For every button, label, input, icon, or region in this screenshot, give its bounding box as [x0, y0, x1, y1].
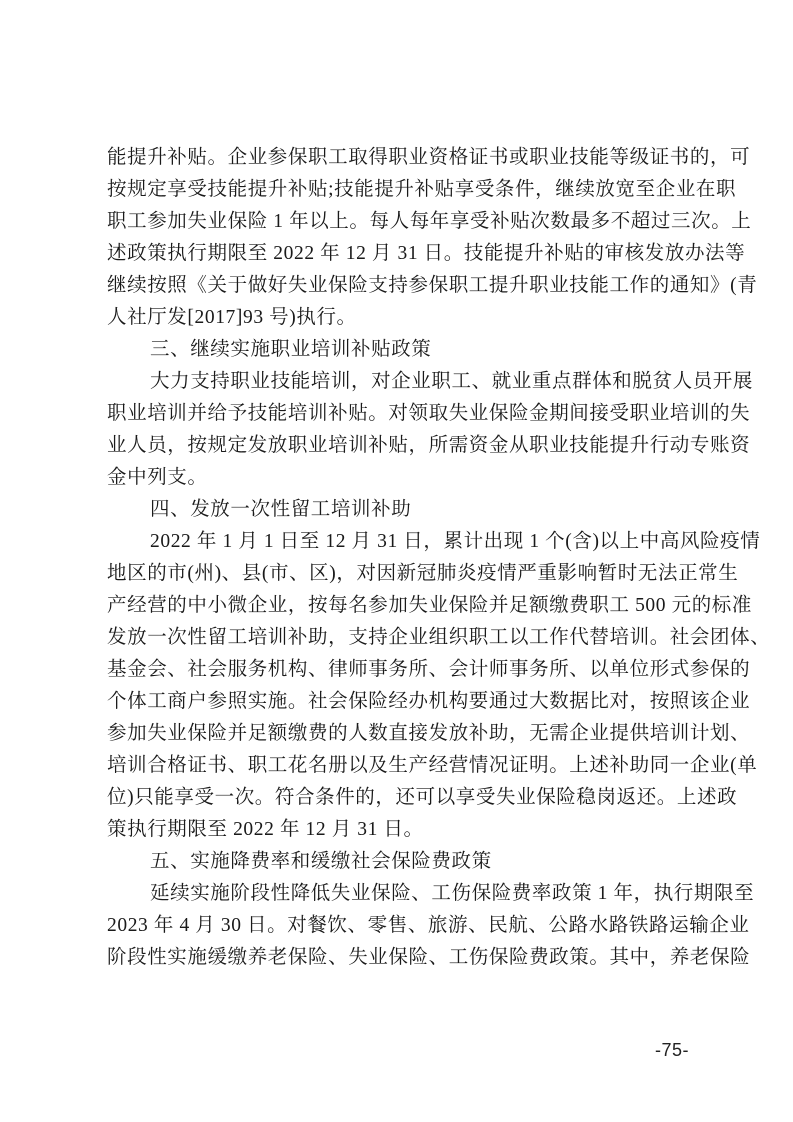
text-line: 人社厅发[2017]93 号)执行。 [107, 302, 691, 334]
text-line: 培训合格证书、职工花名册以及生产经营情况证明。上述补助同一企业(单 [107, 750, 691, 782]
text-line: 大力支持职业技能培训，对企业职工、就业重点群体和脱贫人员开展 [107, 366, 691, 398]
text-line: 参加失业保险并足额缴费的人数直接发放补助，无需企业提供培训计划、 [107, 718, 691, 750]
text-line: 继续按照《关于做好失业保险支持参保职工提升职业技能工作的通知》(青 [107, 270, 691, 302]
document-page: 能提升补贴。企业参保职工取得职业资格证书或职业技能等级证书的，可 按规定享受技能… [0, 0, 793, 1122]
text-line: 2023 年 4 月 30 日。对餐饮、零售、旅游、民航、公路水路铁路运输企业 [107, 910, 691, 942]
text-line: 金中列支。 [107, 462, 691, 494]
section-heading-5: 五、实施降费率和缓缴社会保险费政策 [107, 846, 691, 878]
text-line: 述政策执行期限至 2022 年 12 月 31 日。技能提升补贴的审核发放办法等 [107, 238, 691, 270]
document-body: 能提升补贴。企业参保职工取得职业资格证书或职业技能等级证书的，可 按规定享受技能… [107, 142, 691, 974]
text-line: 地区的市(州)、县(市、区)，对因新冠肺炎疫情严重影响暂时无法正常生 [107, 558, 691, 590]
text-line: 延续实施阶段性降低失业保险、工伤保险费率政策 1 年，执行期限至 [107, 878, 691, 910]
text-line: 2022 年 1 月 1 日至 12 月 31 日，累计出现 1 个(含)以上中… [107, 526, 691, 558]
text-line: 位)只能享受一次。符合条件的，还可以享受失业保险稳岗返还。上述政 [107, 782, 691, 814]
text-line: 阶段性实施缓缴养老保险、失业保险、工伤保险费政策。其中，养老保险 [107, 942, 691, 974]
text-line: 业人员，按规定发放职业培训补贴，所需资金从职业技能提升行动专账资 [107, 430, 691, 462]
page-number: -75- [655, 1040, 689, 1061]
text-line: 职工参加失业保险 1 年以上。每人每年享受补贴次数最多不超过三次。上 [107, 206, 691, 238]
text-line: 发放一次性留工培训补助，支持企业组织职工以工作代替培训。社会团体、 [107, 622, 691, 654]
text-line: 策执行期限至 2022 年 12 月 31 日。 [107, 814, 691, 846]
text-line: 产经营的中小微企业，按每名参加失业保险并足额缴费职工 500 元的标准 [107, 590, 691, 622]
text-line: 按规定享受技能提升补贴;技能提升补贴享受条件，继续放宽至企业在职 [107, 174, 691, 206]
text-line: 职业培训并给予技能培训补贴。对领取失业保险金期间接受职业培训的失 [107, 398, 691, 430]
section-heading-4: 四、发放一次性留工培训补助 [107, 494, 691, 526]
section-heading-3: 三、继续实施职业培训补贴政策 [107, 334, 691, 366]
text-line: 个体工商户参照实施。社会保险经办机构要通过大数据比对，按照该企业 [107, 686, 691, 718]
text-line: 能提升补贴。企业参保职工取得职业资格证书或职业技能等级证书的，可 [107, 142, 691, 174]
text-line: 基金会、社会服务机构、律师事务所、会计师事务所、以单位形式参保的 [107, 654, 691, 686]
